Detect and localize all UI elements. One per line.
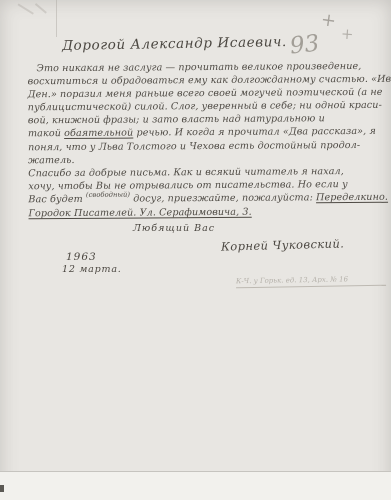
date-day: 12 марта.: [62, 264, 122, 275]
body-line: Вас будет (свободный) досуг, приезжайте,…: [28, 191, 391, 208]
body-text: публицистической) силой. Слог, уверенный…: [28, 100, 382, 113]
body-text: досуг, приезжайте, пожалуйста:: [130, 192, 316, 204]
closing-phrase: Любящий Вас: [133, 223, 215, 234]
archival-note: К-Ч. у Горьк. ед. 13, Арх. № 16: [236, 275, 386, 289]
underlined-text: обаятельной: [64, 128, 133, 139]
date-year: 1963: [66, 251, 97, 263]
body-line: понял, что у Льва Толстого и Чехова есть…: [28, 138, 391, 154]
body-text: жатель.: [28, 155, 75, 166]
body-text: речью. И когда я прочитал «Два рассказа»…: [133, 126, 376, 139]
paper-crease: [56, 0, 57, 37]
body-text: Спасибо за добрые письма. Как и всякий ч…: [28, 166, 344, 179]
letter-body: Это никакая не заслуга — прочитать велик…: [27, 60, 391, 221]
body-text: Вас будет: [28, 194, 86, 205]
scan-speck: [0, 485, 4, 492]
paper-edge: [0, 471, 391, 500]
body-text: такой: [28, 128, 64, 139]
scanned-letter-page: Дорогой Александр Исаевич. 93 + + Это ни…: [0, 0, 391, 500]
body-text: вой, книжной фразы; и зато власть над на…: [28, 114, 325, 127]
body-line: Городок Писателей. Ул. Серафимовича, 3.: [28, 205, 391, 221]
salutation: Дорогой Александр Исаевич.: [62, 34, 287, 54]
page-number: 93: [289, 31, 321, 60]
plus-mark: +: [340, 25, 354, 44]
inserted-text: (свободный): [86, 191, 130, 199]
body-text: хочу, чтобы Вы не отрывались от писатель…: [28, 179, 347, 192]
body-text: Ден.» поразил меня раньше всего своей мо…: [28, 87, 383, 100]
plus-mark: +: [320, 9, 338, 32]
underlined-text: Переделкино.: [316, 192, 388, 204]
signature: Корней Чуковский.: [221, 236, 345, 253]
body-text: Это никакая не заслуга — прочитать велик…: [36, 61, 361, 74]
body-text: понял, что у Льва Толстого и Чехова есть…: [28, 140, 360, 153]
pencil-smudge: [27, 3, 47, 23]
underlined-text: Городок Писателей. Ул. Серафимовича, 3.: [28, 207, 251, 220]
